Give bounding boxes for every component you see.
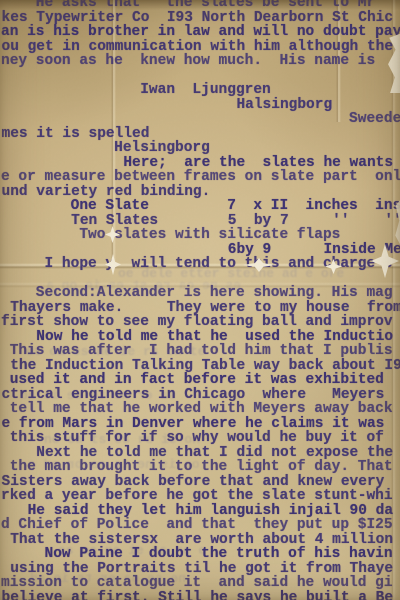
text-line: first show to see my floating ball and i…: [1, 315, 400, 330]
text-line: Two slates with silicate flaps: [1, 228, 400, 243]
text-line: mission to catalogue it and said he woul…: [1, 576, 400, 591]
text-line: Here; are the slates he wants: [2, 156, 400, 171]
text-line: the man brought it to the light of day. …: [1, 460, 400, 475]
text-line: Second:Alexander is here showing. His ma…: [1, 286, 400, 301]
text-line: 6by 9 Inside Me: [2, 243, 400, 258]
text-line: rked a year before he got the slate stun…: [1, 489, 400, 504]
text-line: Thayers make. They were to my house from: [2, 301, 400, 316]
text-line: That the sistersx are worth about 4 mill…: [2, 533, 400, 548]
text-line: this stuff for if so why would he buy it…: [1, 431, 400, 446]
text-line: Sisters away back before that and knew e…: [2, 475, 400, 490]
text-line: Helsingborg: [1, 141, 400, 156]
text-line: Sweeden: [1, 112, 400, 127]
text-line: e from Mars in Denver where he claims it…: [2, 417, 400, 432]
text-line: using the Portraits til he got it from T…: [2, 562, 400, 577]
text-line: mes it is spelled: [2, 127, 400, 142]
text-line: I hope y will tend to this and charge e: [1, 257, 400, 272]
text-line: [2, 69, 400, 84]
text-line: [2, 272, 400, 287]
text-line: und variety red binding.: [2, 185, 400, 200]
typewritten-text: He asks that the slates be sent to Mrkes…: [1, 0, 400, 600]
text-line: Now Paine I doubt the truth of his havin: [1, 547, 400, 562]
text-line: tell me that he worked with Meyers away …: [1, 402, 400, 417]
text-line: This was after I had told him that I pub…: [1, 344, 400, 359]
text-line: Now he told me that he used the Inductio: [2, 330, 400, 345]
text-line: ney soon as he knew how much. His name i…: [1, 54, 400, 69]
text-line: the Induction Talking Table way back abo…: [2, 359, 400, 374]
text-line: e or measure between frames on slate par…: [1, 170, 400, 185]
text-line: kes Typewriter Co I93 North Dearborn St …: [2, 11, 400, 26]
text-line: ctrical engineers in Chicago where Meyer…: [2, 388, 400, 403]
text-line: Halsingborg: [2, 98, 400, 113]
text-line: He said they let him languish injail 90 …: [2, 504, 400, 519]
text-line: Iwan Ljunggren: [1, 83, 400, 98]
text-line: an is his brother in law and will no dou…: [1, 25, 400, 40]
letter-scan: oe dele etter steine ad e orees ne oa re…: [0, 0, 400, 600]
text-line: Next he told me that I did not expose th…: [2, 446, 400, 461]
text-line: One Slate 7 x II inches ins: [1, 199, 400, 214]
text-line: ou get in communication with him althoug…: [2, 40, 400, 55]
text-line: d Chief of Police and that they put up $…: [1, 518, 400, 533]
text-line: used it and in fact before it was exhibi…: [1, 373, 400, 388]
text-line: Ten Slates 5 by 7 '' '': [2, 214, 400, 229]
text-line: believe at first. Still he says he built…: [2, 591, 400, 600]
